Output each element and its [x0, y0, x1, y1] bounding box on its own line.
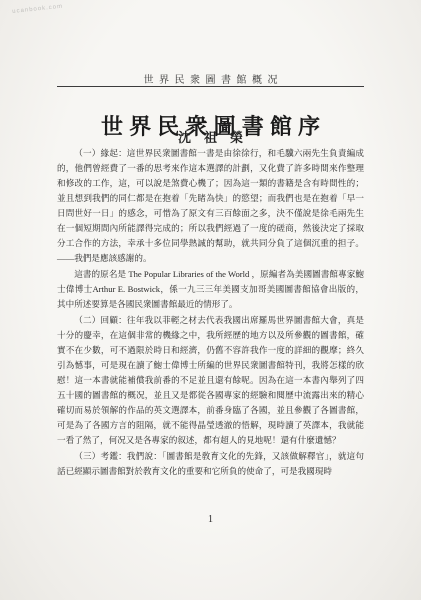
- paragraph-review: （二）回顧：往年我以菲輕之材去代表我國出席羅馬世界圖書館大會，真是十分的慶幸，在…: [57, 313, 364, 448]
- paragraph-original-title: 這書的原名是 The Popular Libraries of the Worl…: [57, 267, 364, 312]
- paragraph-examination: （三）考鑑：我們說：「圖書館是敎育文化的先鋒，又該做解釋官」，就這句話已經顯示圖…: [57, 449, 364, 479]
- body-text: （一）緣起：這世界民衆圖書館一書是由徐徐行，和毛驥六兩先生負責編成的，他們曾經費…: [57, 146, 364, 480]
- running-head: 世界民衆圖書館概况: [0, 71, 421, 86]
- page-number: 1: [0, 514, 421, 525]
- author-name: 沈 祖 榮: [0, 127, 421, 146]
- scan-watermark: ucanbook.com: [12, 4, 63, 15]
- paragraph-origin: （一）緣起：這世界民衆圖書館一書是由徐徐行，和毛驥六兩先生負責編成的，他們曾經費…: [57, 146, 364, 266]
- scanned-book-page: ucanbook.com 世界民衆圖書館概况 世界民衆圖書館序 沈 祖 榮 （一…: [0, 0, 421, 600]
- header-divider: [57, 86, 364, 87]
